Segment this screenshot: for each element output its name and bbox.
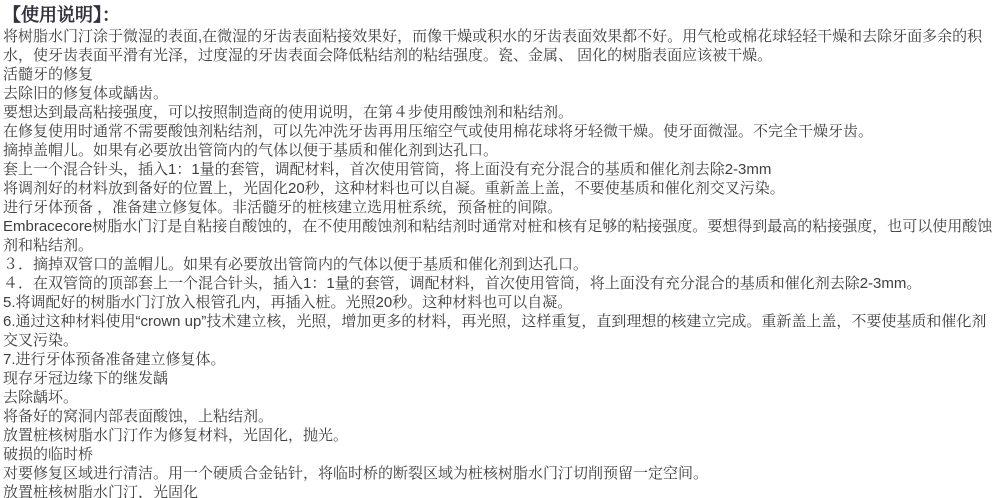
- text-line: 7.进行牙体预备准备建立修复体。: [3, 350, 1002, 369]
- text-line: ４．在双管筒的顶部套上一个混合针头，插入1：1量的套管，调配材料，首次使用管筒，…: [3, 274, 1002, 293]
- text-line: 剂和粘结剂。: [3, 236, 1002, 255]
- text-line: 将调剂好的材料放到备好的位置上，光固化20秒，这种材料也可以自凝。重新盖上盖，不…: [3, 179, 1002, 198]
- text-line: ３．摘掉双管口的盖帽儿。如果有必要放出管筒内的气体以便于基质和催化剂到达孔口。: [3, 255, 1002, 274]
- text-line: 6.通过这种材料使用“crown up”技术建立核，光照，增加更多的材料，再光照…: [3, 312, 1002, 331]
- text-line: 去除龋坏。: [3, 388, 1002, 407]
- text-line: 水，使牙齿表面平滑有光泽，过度湿的牙齿表面会降低粘结剂的粘结强度。瓷、金属、 固…: [3, 46, 1002, 65]
- text-line: 现存牙冠边缘下的继发龋: [3, 369, 1002, 388]
- text-line: 去除旧的修复体或龋齿。: [3, 84, 1002, 103]
- text-line: 进行牙体预备 ，准备建立修复体。非活髓牙的桩核建立选用桩系统，预备桩的间隙。: [3, 198, 1002, 217]
- text-line: Embracecore树脂水门汀是自粘接自酸蚀的，在不使用酸蚀剂和粘结剂时通常对…: [3, 217, 1002, 236]
- text-line: 放置桩核树脂水门汀作为修复材料，光固化，抛光。: [3, 426, 1002, 445]
- text-line: 要想达到最高粘接强度，可以按照制造商的使用说明，在第４步使用酸蚀剂和粘结剂。: [3, 103, 1002, 122]
- text-line: 破损的临时桥: [3, 445, 1002, 464]
- text-line: 5.将调配好的树脂水门汀放入根管孔内，再插入桩。光照20秒。这种材料也可以自凝。: [3, 293, 1002, 312]
- text-line: 套上一个混合针头，插入1：1量的套管，调配材料，首次使用管筒，将上面没有充分混合…: [3, 160, 1002, 179]
- text-line: 在修复使用时通常不需要酸蚀剂粘结剂，可以先冲洗牙齿再用压缩空气或使用棉花球将牙轻…: [3, 122, 1002, 141]
- document-body: 将树脂水门汀涂于微湿的表面,在微湿的牙齿表面粘接效果好，而像干燥或积水的牙齿表面…: [3, 27, 1002, 498]
- text-line: 将树脂水门汀涂于微湿的表面,在微湿的牙齿表面粘接效果好，而像干燥或积水的牙齿表面…: [3, 27, 1002, 46]
- text-line: 摘掉盖帽儿。如果有必要放出管筒内的气体以便于基质和催化剂到达孔口。: [3, 141, 1002, 160]
- text-line: 放置桩核树脂水门汀，光固化: [3, 483, 1002, 498]
- text-line: 交叉污染。: [3, 331, 1002, 350]
- text-line: 将备好的窝洞内部表面酸蚀，上粘结剂。: [3, 407, 1002, 426]
- text-line: 活髓牙的修复: [3, 65, 1002, 84]
- text-line: 对要修复区域进行清洁。用一个硬质合金钻针，将临时桥的断裂区域为桩核树脂水门汀切削…: [3, 464, 1002, 483]
- usage-instructions-document: 【使用说明】： 将树脂水门汀涂于微湿的表面,在微湿的牙齿表面粘接效果好，而像干燥…: [0, 0, 1002, 498]
- page-title: 【使用说明】：: [3, 4, 1002, 26]
